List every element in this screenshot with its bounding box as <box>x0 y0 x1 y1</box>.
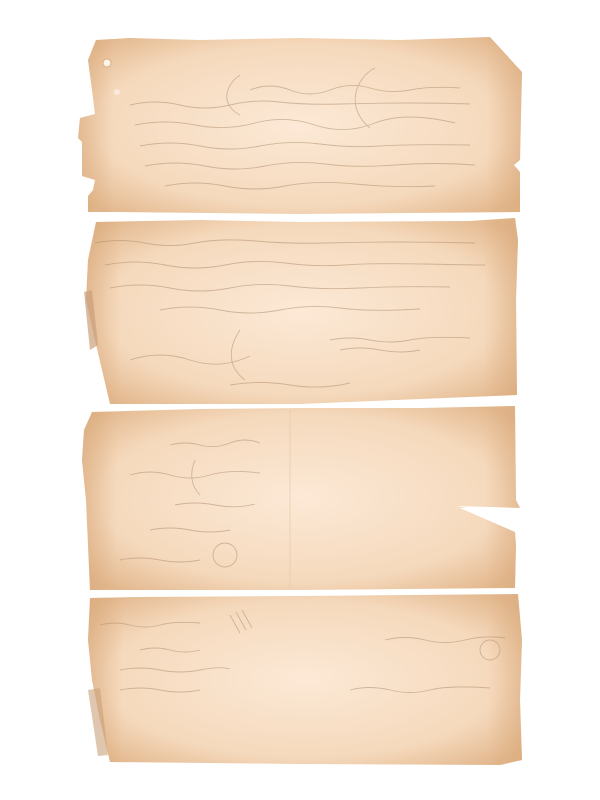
panel-1 <box>78 37 522 214</box>
panel-3 <box>82 406 520 590</box>
panel-4 <box>88 594 522 765</box>
manuscript-photo <box>0 0 600 800</box>
photo-stage <box>0 0 600 800</box>
panel-2 <box>84 218 518 404</box>
